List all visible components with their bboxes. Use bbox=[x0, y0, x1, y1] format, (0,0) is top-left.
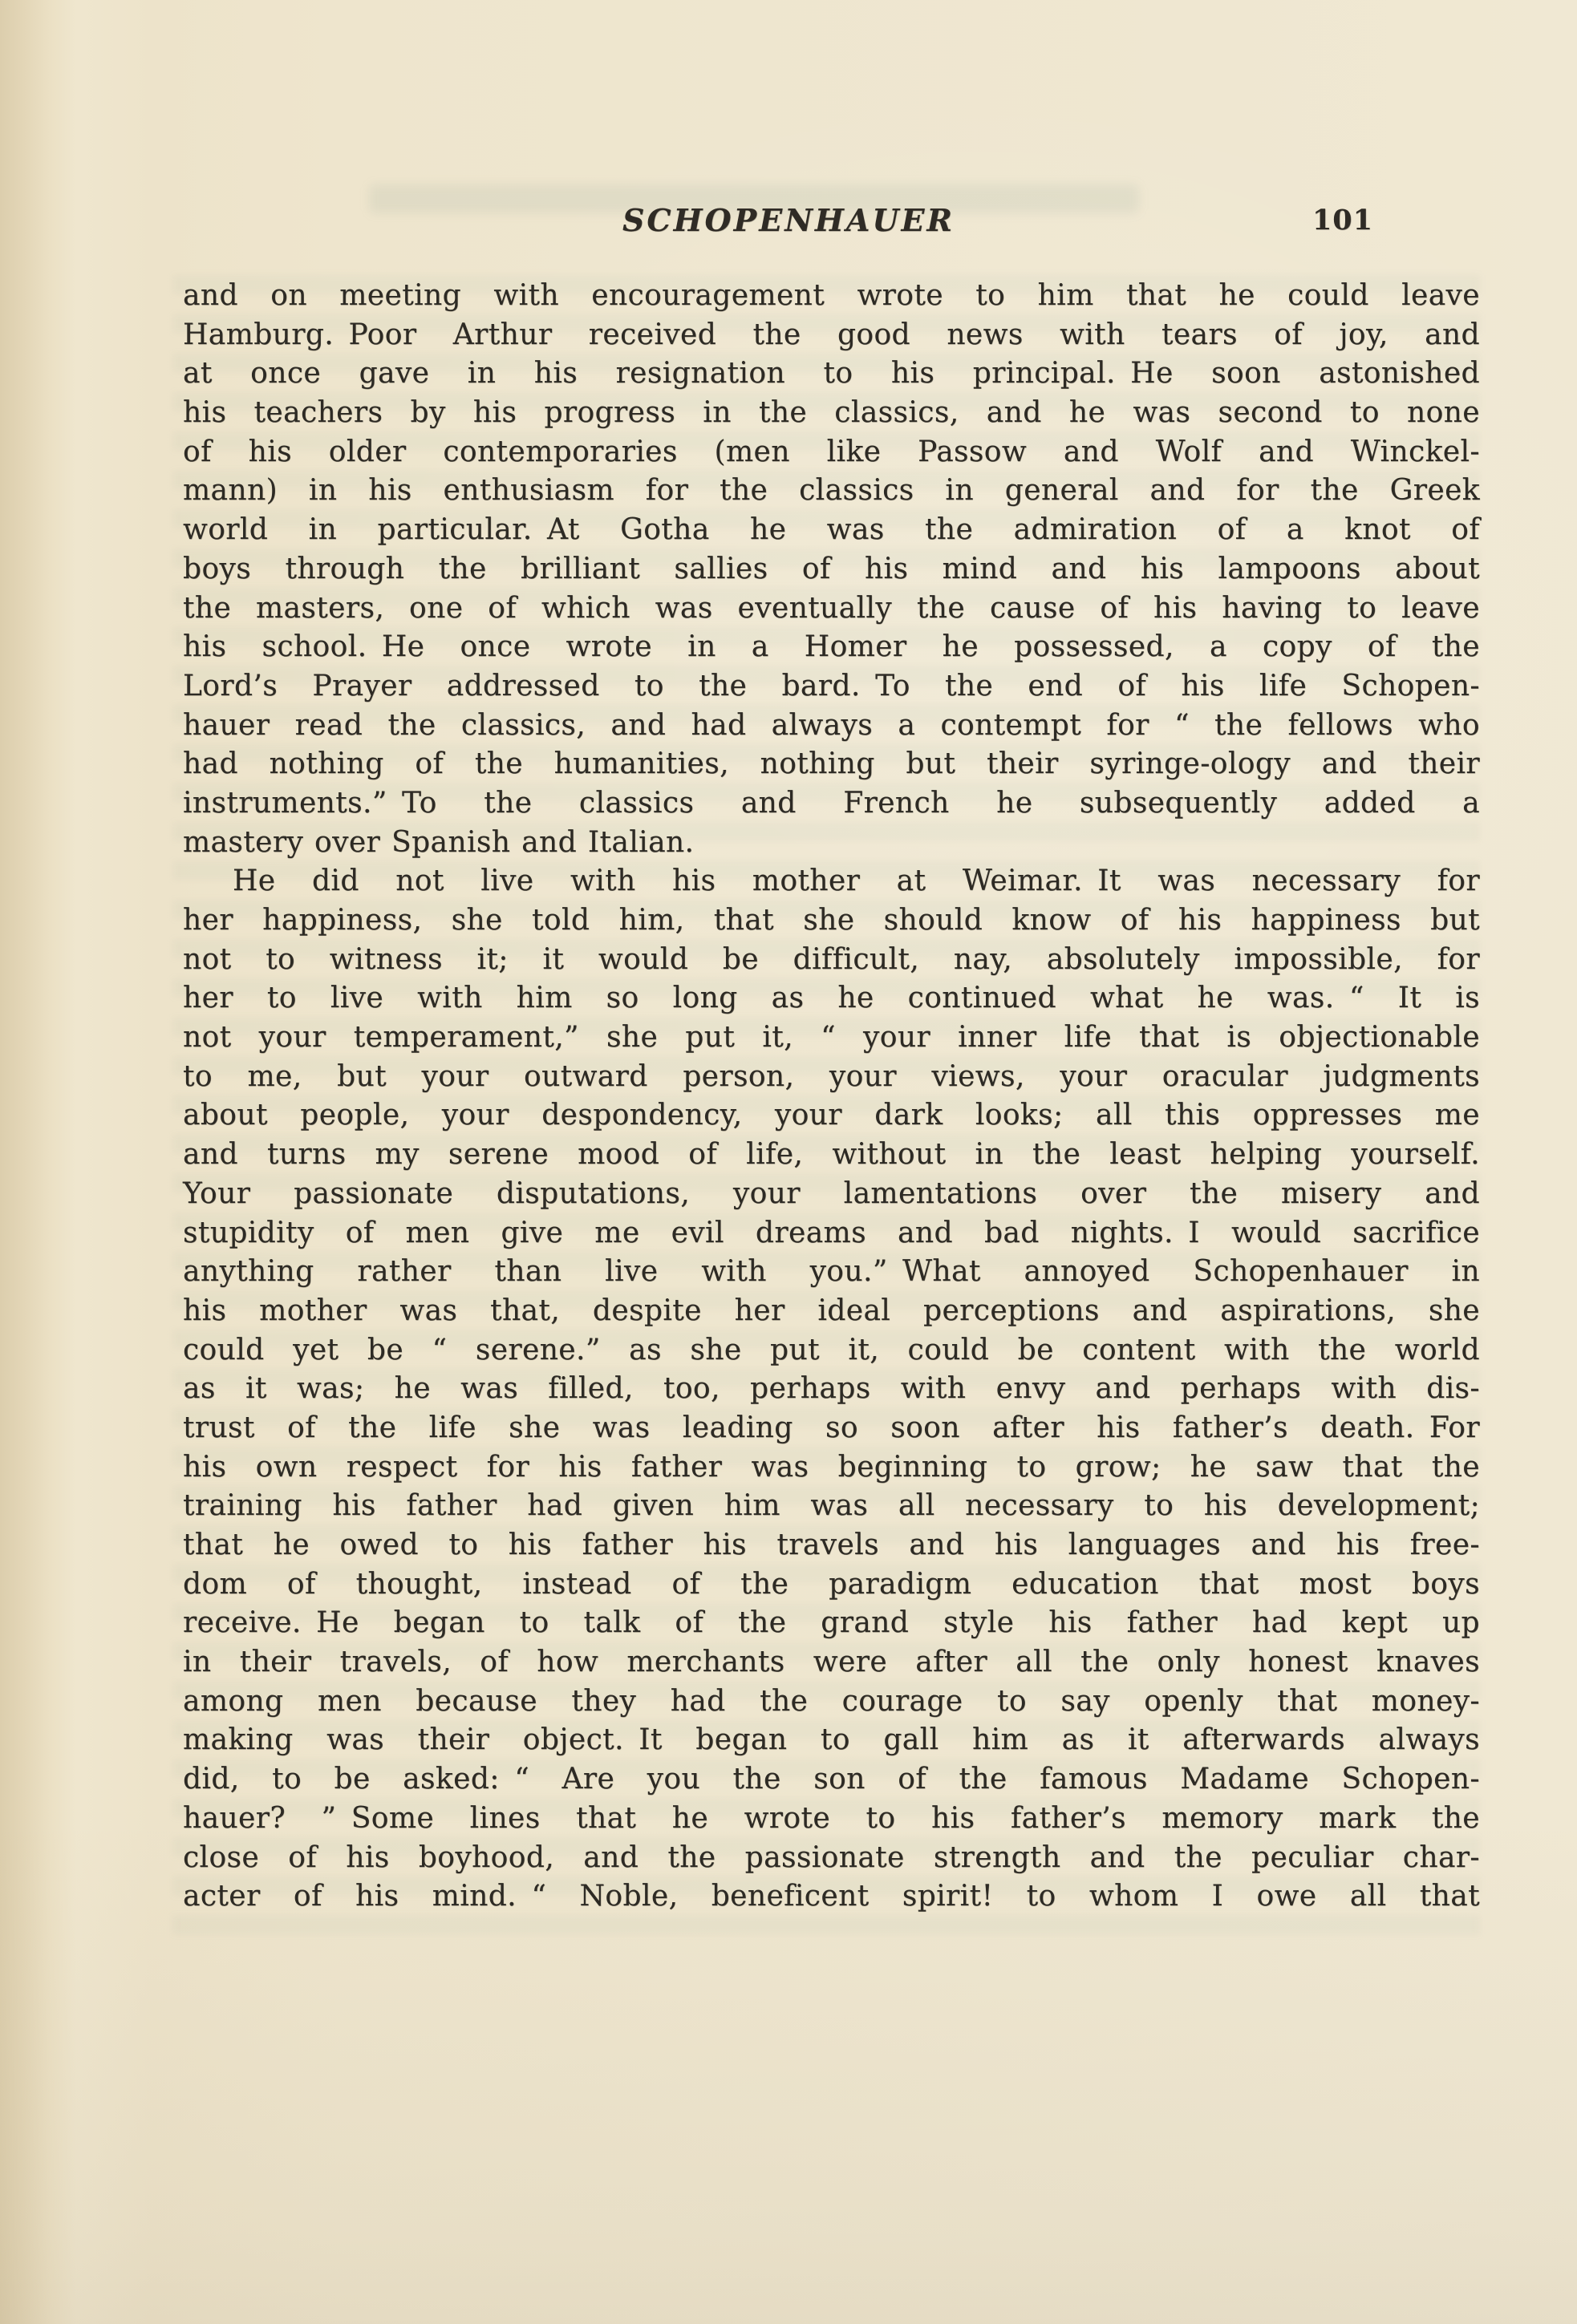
text-line: and on meeting with encouragement wrote … bbox=[183, 277, 1480, 316]
text-line: and turns my serene mood of life, withou… bbox=[183, 1136, 1480, 1175]
text-line: her happiness, she told him, that she sh… bbox=[183, 901, 1480, 941]
running-head: SCHOPENHAUER 101 bbox=[0, 200, 1577, 241]
text-line: receive. He began to talk of the grand s… bbox=[183, 1604, 1480, 1643]
text-line: of his older contemporaries (men like Pa… bbox=[183, 433, 1480, 472]
body-text: and on meeting with encouragement wrote … bbox=[183, 277, 1480, 1917]
text-line: trust of the life she was leading so soo… bbox=[183, 1409, 1480, 1448]
text-line: mastery over Spanish and Italian. bbox=[183, 824, 1480, 863]
text-line: acter of his mind. “ Noble, beneficent s… bbox=[183, 1877, 1480, 1917]
text-line: his own respect for his father was begin… bbox=[183, 1448, 1480, 1488]
text-line: his teachers by his progress in the clas… bbox=[183, 394, 1480, 433]
text-line: to me, but your outward person, your vie… bbox=[183, 1058, 1480, 1097]
text-line: at once gave in his resignation to his p… bbox=[183, 354, 1480, 394]
text-line: dom of thought, instead of the paradigm … bbox=[183, 1565, 1480, 1605]
text-line: about people, your despondency, your dar… bbox=[183, 1096, 1480, 1136]
text-line: had nothing of the humanities, nothing b… bbox=[183, 745, 1480, 784]
scanned-book-page: SCHOPENHAUER 101 and on meeting with enc… bbox=[0, 0, 1577, 2324]
text-line: boys through the brilliant sallies of hi… bbox=[183, 550, 1480, 589]
text-line: as it was; he was filled, too, perhaps w… bbox=[183, 1370, 1480, 1409]
text-line: not to witness it; it would be difficult… bbox=[183, 941, 1480, 980]
text-line: Hamburg. Poor Arthur received the good n… bbox=[183, 316, 1480, 355]
text-line: world in particular. At Gotha he was the… bbox=[183, 511, 1480, 550]
text-line: his school. He once wrote in a Homer he … bbox=[183, 628, 1480, 667]
text-line-paragraph-start: He did not live with his mother at Weima… bbox=[183, 862, 1480, 901]
text-line: could yet be “ serene.” as she put it, c… bbox=[183, 1331, 1480, 1371]
text-line: stupidity of men give me evil dreams and… bbox=[183, 1214, 1480, 1253]
text-line: the masters, one of which was eventually… bbox=[183, 589, 1480, 629]
text-line: her to live with him so long as he conti… bbox=[183, 979, 1480, 1018]
text-line: anything rather than live with you.” Wha… bbox=[183, 1253, 1480, 1292]
text-line: not your temperament,” she put it, “ you… bbox=[183, 1018, 1480, 1058]
text-line: among men because they had the courage t… bbox=[183, 1682, 1480, 1722]
text-line: close of his boyhood, and the passionate… bbox=[183, 1839, 1480, 1878]
text-line: mann) in his enthusiasm for the classics… bbox=[183, 472, 1480, 511]
text-line: Lord’s Prayer addressed to the bard. To … bbox=[183, 667, 1480, 707]
text-line: that he owed to his father his travels a… bbox=[183, 1526, 1480, 1565]
text-line: did, to be asked: “ Are you the son of t… bbox=[183, 1760, 1480, 1800]
text-line: his mother was that, despite her ideal p… bbox=[183, 1292, 1480, 1331]
text-line: making was their object. It began to gal… bbox=[183, 1721, 1480, 1760]
text-line: hauer read the classics, and had always … bbox=[183, 707, 1480, 746]
text-line: training his father had given him was al… bbox=[183, 1487, 1480, 1526]
text-line: Your passionate disputations, your lamen… bbox=[183, 1175, 1480, 1214]
page-number: 101 bbox=[1312, 200, 1373, 241]
text-line: hauer? ” Some lines that he wrote to his… bbox=[183, 1800, 1480, 1839]
text-line: in their travels, of how merchants were … bbox=[183, 1643, 1480, 1682]
text-line: instruments.” To the classics and French… bbox=[183, 784, 1480, 824]
